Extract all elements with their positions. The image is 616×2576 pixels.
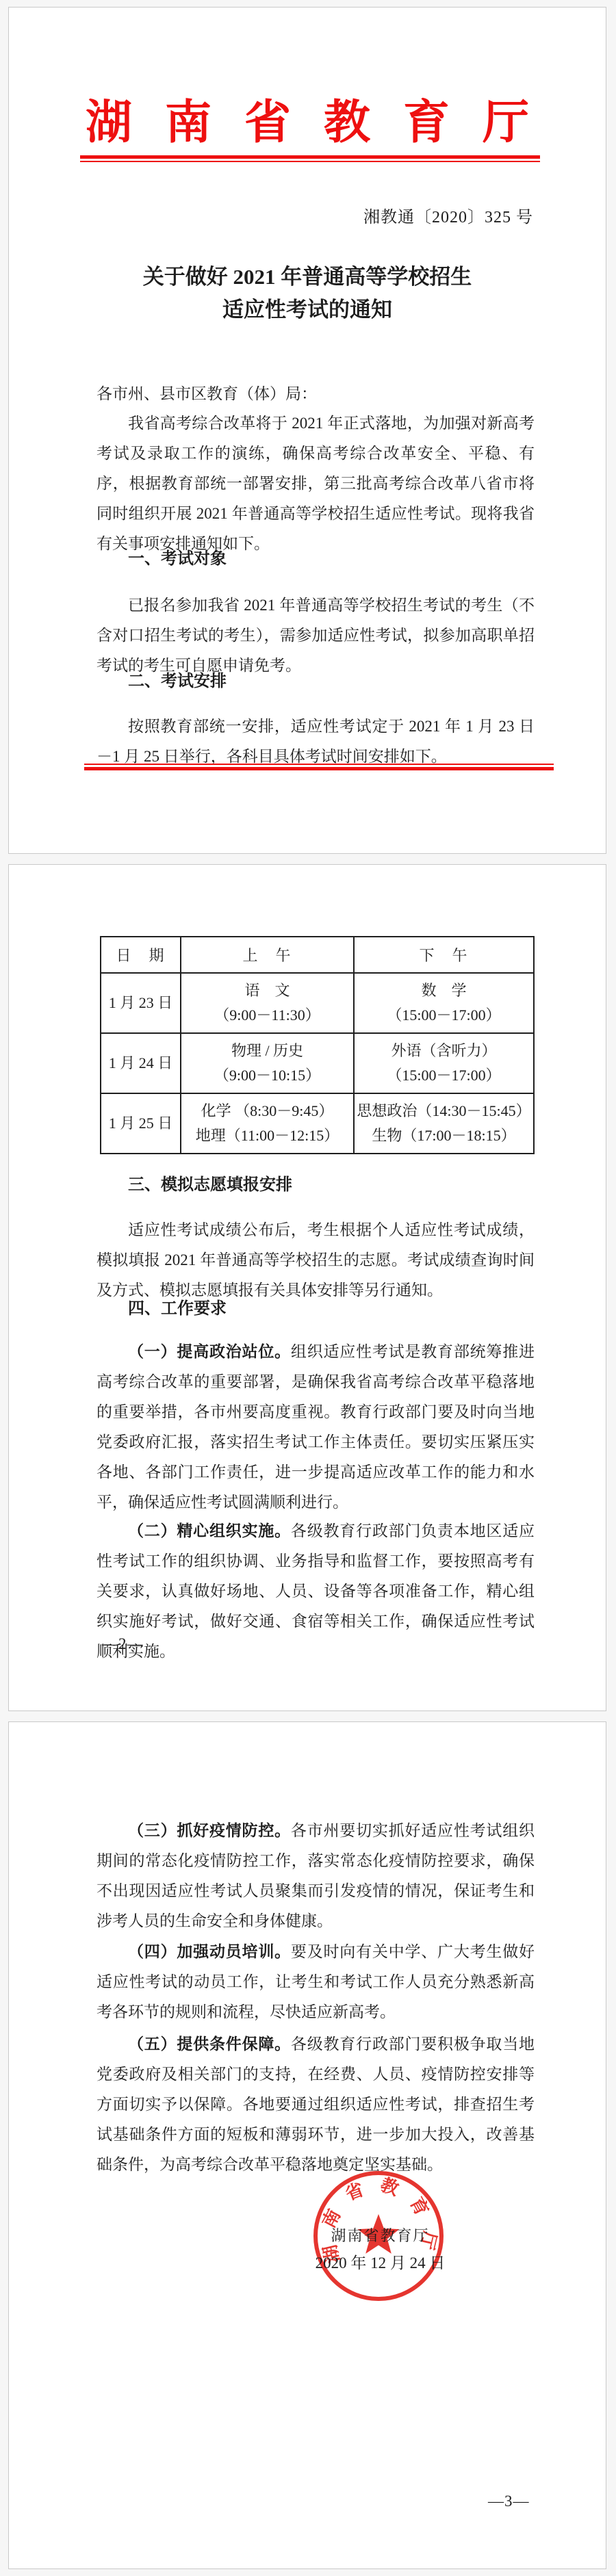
footer-rule xyxy=(84,764,554,770)
subject: 数 学 xyxy=(355,978,533,1003)
page-1: 湖南省教育厅 湘教通〔2020〕325 号 关于做好 2021 年普通高等学校招… xyxy=(8,7,606,854)
header-morning: 上 午 xyxy=(181,937,354,973)
page-number: —3— xyxy=(488,2491,530,2512)
header-afternoon: 下 午 xyxy=(354,937,534,973)
subject: 物理 / 历史 xyxy=(181,1039,353,1063)
table-header-row: 日 期 上 午 下 午 xyxy=(101,937,534,973)
subject: 语 文 xyxy=(181,978,353,1003)
section-3-heading: 三、模拟志愿填报安排 xyxy=(97,1170,535,1200)
document-title-line1: 关于做好 2021 年普通高等学校招生 xyxy=(9,261,606,294)
cell-afternoon: 思想政治（14:30－15:45） 生物（17:00－18:15） xyxy=(354,1093,534,1154)
table-row: 1 月 24 日 物理 / 历史 （9:00－10:15） 外语（含听力） （1… xyxy=(101,1033,534,1093)
cell-afternoon: 外语（含听力） （15:00－17:00） xyxy=(354,1033,534,1093)
time: （15:00－17:00） xyxy=(355,1063,533,1088)
item-text: 组织适应性考试是教育部统筹推进高考综合改革的重要部署，是确保我省高考综合改革平稳… xyxy=(97,1343,535,1511)
cell-date: 1 月 24 日 xyxy=(101,1033,181,1093)
document-title: 关于做好 2021 年普通高等学校招生 适应性考试的通知 xyxy=(9,261,606,326)
time: （15:00－17:00） xyxy=(355,1003,533,1028)
subject: 外语（含听力） xyxy=(355,1039,533,1063)
cell-date: 1 月 25 日 xyxy=(101,1093,181,1154)
subject-time: 地理（11:00－12:15） xyxy=(181,1123,353,1148)
letterhead-title: 湖南省教育厅 xyxy=(9,95,606,150)
document-number: 湘教通〔2020〕325 号 xyxy=(363,207,533,228)
rule-bar-thick xyxy=(84,767,554,770)
subject-time: 思想政治（14:30－15:45） xyxy=(355,1099,533,1123)
letterhead-rule xyxy=(80,155,540,162)
issue-date: 2020 年 12 月 24 日 xyxy=(303,2253,457,2274)
table-row: 1 月 25 日 化学 （8:30－9:45） 地理（11:00－12:15） … xyxy=(101,1093,534,1154)
cell-date: 1 月 23 日 xyxy=(101,973,181,1033)
item-text: 各级教育行政部门负责本地区适应性考试工作的组织协调、业务指导和监督工作，要按照高… xyxy=(97,1522,535,1660)
item-lead: （四）加强动员培训。 xyxy=(128,1943,291,1960)
work-item-3: （三）抓好疫情防控。各市州要切实抓好适应性考试组织期间的常态化疫情防控工作，落实… xyxy=(97,1816,535,1936)
rule-bar-thin xyxy=(80,161,540,162)
page-3: （三）抓好疫情防控。各市州要切实抓好适应性考试组织期间的常态化疫情防控工作，落实… xyxy=(8,1721,606,2569)
page-number: —2— xyxy=(102,1634,144,1654)
intro-paragraph: 我省高考综合改革将于 2021 年正式落地，为加强对新高考考试及录取工作的演练，… xyxy=(97,408,535,559)
exam-schedule-table: 日 期 上 午 下 午 1 月 23 日 语 文 （9:00－11:30） 数 … xyxy=(100,936,535,1154)
cell-morning: 化学 （8:30－9:45） 地理（11:00－12:15） xyxy=(181,1093,354,1154)
document-viewer: { "colors": { "accent_red": "#ee1010", "… xyxy=(0,0,616,2576)
cell-morning: 物理 / 历史 （9:00－10:15） xyxy=(181,1033,354,1093)
issuer-signature: 湖南省教育厅 xyxy=(303,2226,457,2246)
section-2-heading: 二、考试安排 xyxy=(97,666,535,697)
header-date: 日 期 xyxy=(101,937,181,973)
item-lead: （五）提供条件保障。 xyxy=(128,2035,291,2053)
document-title-line2: 适应性考试的通知 xyxy=(9,294,606,326)
salutation: 各市州、县市区教育（体）局： xyxy=(97,379,535,409)
subject-time: 生物（17:00－18:15） xyxy=(355,1123,533,1148)
section-3-paragraph: 适应性考试成绩公布后，考生根据个人适应性考试成绩，模拟填报 2021 年普通高等… xyxy=(97,1215,535,1305)
table-row: 1 月 23 日 语 文 （9:00－11:30） 数 学 （15:00－17:… xyxy=(101,973,534,1033)
time: （9:00－10:15） xyxy=(181,1063,353,1088)
section-4-heading: 四、工作要求 xyxy=(97,1294,535,1324)
item-text: 各级教育行政部门要积极争取当地党委政府及相关部门的支持，在经费、人员、疫情防控安… xyxy=(97,2035,535,2173)
section-2-paragraph: 按照教育部统一安排，适应性考试定于 2021 年 1 月 23 日－1 月 25… xyxy=(97,712,535,772)
item-lead: （三）抓好疫情防控。 xyxy=(128,1822,291,1839)
work-item-2: （二）精心组织实施。各级教育行政部门负责本地区适应性考试工作的组织协调、业务指导… xyxy=(97,1516,535,1667)
cell-afternoon: 数 学 （15:00－17:00） xyxy=(354,973,534,1033)
item-lead: （一）提高政治站位。 xyxy=(128,1343,291,1360)
work-item-4: （四）加强动员培训。要及时向有关中学、广大考生做好适应性考试的动员工作，让考生和… xyxy=(97,1937,535,2027)
work-item-5: （五）提供条件保障。各级教育行政部门要积极争取当地党委政府及相关部门的支持，在经… xyxy=(97,2029,535,2180)
subject-time: 化学 （8:30－9:45） xyxy=(181,1099,353,1123)
item-lead: （二）精心组织实施。 xyxy=(128,1522,291,1539)
time: （9:00－11:30） xyxy=(181,1003,353,1028)
section-1-heading: 一、考试对象 xyxy=(97,544,535,574)
page-2: 日 期 上 午 下 午 1 月 23 日 语 文 （9:00－11:30） 数 … xyxy=(8,864,606,1711)
cell-morning: 语 文 （9:00－11:30） xyxy=(181,973,354,1033)
work-item-1: （一）提高政治站位。组织适应性考试是教育部统筹推进高考综合改革的重要部署，是确保… xyxy=(97,1337,535,1518)
